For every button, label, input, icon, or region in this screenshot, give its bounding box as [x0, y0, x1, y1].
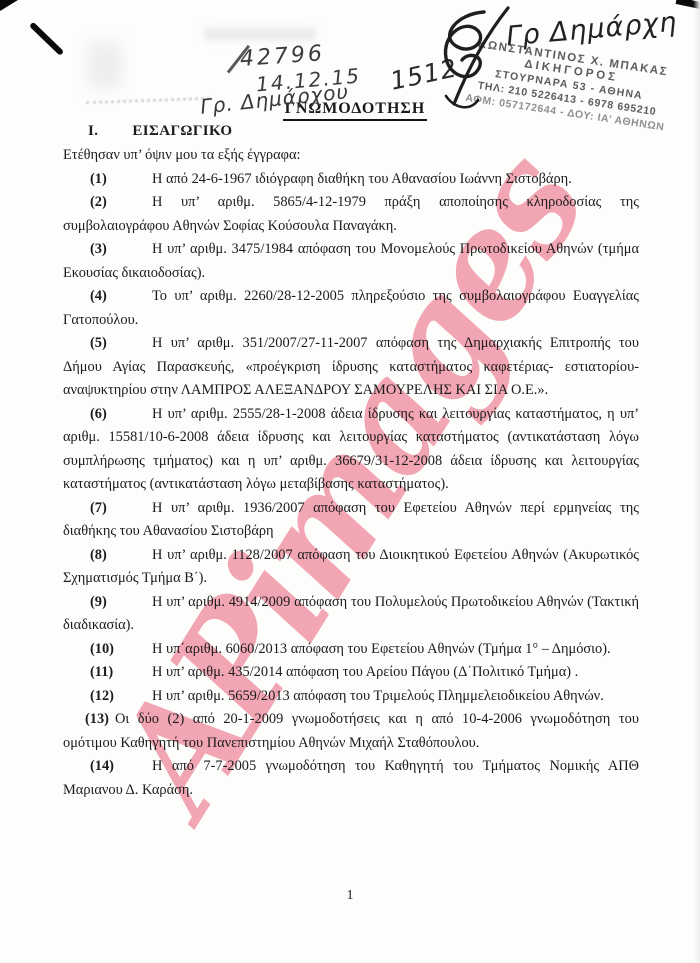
list-item: (5)Η υπ’ αριθμ. 351/2007/27-11-2007 απόφ… — [63, 332, 639, 403]
item-number: (8) — [90, 544, 152, 568]
item-text: Η υπ΄αριθμ. 6060/2013 απόφαση του Εφετεί… — [152, 641, 611, 657]
intro-line: Ετέθησαν υπ’ όψιν μου τα εξής έγγραφα: — [63, 144, 639, 168]
list-item: (6)Η υπ’ αριθμ. 2555/28-1-2008 άδεια ίδρ… — [63, 403, 639, 497]
list-item: (2)Η υπ’ αριθμ. 5865/4-12-1979 πράξη απο… — [63, 191, 639, 238]
list-item: (14)Η από 7-7-2005 γνωμοδότηση του Καθηγ… — [63, 755, 639, 802]
item-text: Η υπ’ αριθμ. 5659/2013 απόφαση του Τριμε… — [152, 688, 604, 704]
section-heading: ΕΙΣΑΓΩΓΙΚΟ — [132, 123, 232, 139]
document-body: Ετέθησαν υπ’ όψιν μου τα εξής έγγραφα: (… — [63, 144, 639, 802]
list-item: (9)Η υπ’ αριθμ. 4914/2009 απόφαση του Πο… — [63, 591, 639, 638]
item-number: (14) — [90, 755, 152, 779]
item-number: (13) — [85, 708, 109, 732]
handwritten-office-note-right: Γρ Δημάρχη — [505, 7, 679, 53]
item-number: (7) — [90, 497, 152, 521]
item-number: (10) — [90, 638, 152, 662]
item-number: (2) — [90, 191, 152, 215]
item-number: (3) — [90, 238, 152, 262]
scan-artifact-corner-top-right — [676, 0, 700, 10]
list-item: (3)Η υπ’ αριθμ. 3475/1984 απόφαση του Μο… — [63, 238, 639, 285]
list-item: (4)Το υπ’ αριθμ. 2260/28-12-2005 πληρεξο… — [63, 285, 639, 332]
section-numeral: I. — [88, 123, 98, 139]
scan-artifact-corner-top-left — [0, 0, 18, 11]
section-heading-row: I.ΕΙΣΑΓΩΓΙΚΟ — [88, 123, 233, 140]
scanned-document-page: APimages 42796 14.12.15 Γρ. Δημάρχου 151… — [0, 0, 700, 963]
item-number: (9) — [90, 591, 152, 615]
numbered-item-list: (1)Η από 24-6-1967 ιδιόγραφη διαθήκη του… — [63, 168, 639, 803]
list-item: (7)Η υπ’ αριθμ. 1936/2007 απόφαση του Εφ… — [63, 497, 639, 544]
item-text: Οι δύο (2) από 20-1-2009 γνωμοδοτήσεις κ… — [63, 711, 639, 751]
list-item: (11)Η υπ’ αριθμ. 435/2014 απόφαση του Αρ… — [63, 661, 639, 685]
item-number: (1) — [90, 168, 152, 192]
scan-artifact-diagonal-stroke — [29, 22, 64, 56]
list-item: (10)Η υπ΄αριθμ. 6060/2013 απόφαση του Εφ… — [63, 638, 639, 662]
page-number: 1 — [0, 888, 700, 904]
item-text: Η από 24-6-1967 ιδιόγραφη διαθήκη του Αθ… — [152, 171, 572, 187]
list-item: (8)Η υπ’ αριθμ. 1128/2007 απόφαση του Δι… — [63, 544, 639, 591]
item-text: Η υπ’ αριθμ. 435/2014 απόφαση του Αρείου… — [152, 664, 578, 680]
item-number: (11) — [90, 661, 152, 685]
list-item: (13)Οι δύο (2) από 20-1-2009 γνωμοδοτήσε… — [63, 708, 639, 755]
item-number: (5) — [90, 332, 152, 356]
list-item: (1)Η από 24-6-1967 ιδιόγραφη διαθήκη του… — [63, 168, 639, 192]
item-number: (12) — [90, 685, 152, 709]
scan-smudge — [204, 28, 316, 40]
item-number: (4) — [90, 285, 152, 309]
scan-smudge — [88, 42, 122, 88]
item-number: (6) — [90, 403, 152, 427]
signature-scribble — [426, 2, 518, 118]
list-item: (12)Η υπ’ αριθμ. 5659/2013 απόφαση του Τ… — [63, 685, 639, 709]
